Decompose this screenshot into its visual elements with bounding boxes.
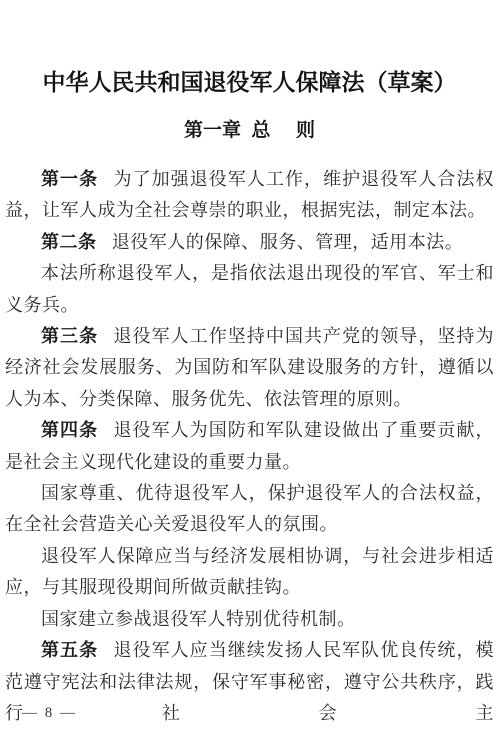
- article-paragraph: 国家建立参战退役军人特别优待机制。: [5, 604, 494, 635]
- document-body: 第一条为了加强退役军人工作，维护退役军人合法权益，让军人成为全社会尊崇的职业，根…: [0, 164, 499, 729]
- article-text: 国家建立参战退役军人特别优待机制。: [41, 609, 356, 629]
- article-text: 退役军人的保障、服务、管理，适用本法。: [112, 232, 464, 252]
- page-number: — 8 —: [22, 705, 77, 722]
- chapter-title-char-1: 总: [251, 120, 270, 141]
- chapter-number: 第一章: [184, 120, 241, 141]
- document-page: 中华人民共和国退役军人保障法（草案） 第一章总则 第一条为了加强退役军人工作，维…: [0, 0, 499, 738]
- article-paragraph: 第五条退役军人应当继续发扬人民军队优良传统，模范遵守宪法和法律法规，保守军事秘密…: [5, 635, 494, 729]
- article-number: 第五条: [41, 640, 98, 660]
- page-title: 中华人民共和国退役军人保障法（草案）: [0, 0, 499, 98]
- article-number: 第四条: [41, 420, 98, 440]
- article-paragraph: 第一条为了加强退役军人工作，维护退役军人合法权益，让军人成为全社会尊崇的职业，根…: [5, 164, 494, 227]
- chapter-heading: 第一章总则: [0, 120, 499, 142]
- article-text: 退役军人保障应当与经济发展相协调，与社会进步相适应，与其服现役期间所做贡献挂钩。: [5, 546, 494, 597]
- article-paragraph: 退役军人保障应当与经济发展相协调，与社会进步相适应，与其服现役期间所做贡献挂钩。: [5, 541, 494, 604]
- article-number: 第二条: [41, 232, 97, 252]
- article-number: 第一条: [41, 169, 98, 189]
- article-text: 国家尊重、优待退役军人，保护退役军人的合法权益，在全社会营造关心关爱退役军人的氛…: [5, 483, 494, 534]
- article-number: 第三条: [41, 326, 98, 346]
- article-paragraph: 国家尊重、优待退役军人，保护退役军人的合法权益，在全社会营造关心关爱退役军人的氛…: [5, 478, 494, 541]
- article-paragraph: 本法所称退役军人，是指依法退出现役的军官、军士和义务兵。: [5, 258, 494, 321]
- article-text: 本法所称退役军人，是指依法退出现役的军官、军士和义务兵。: [5, 263, 494, 314]
- chapter-title-char-2: 则: [296, 120, 315, 141]
- article-paragraph: 第二条退役军人的保障、服务、管理，适用本法。: [5, 227, 494, 258]
- article-paragraph: 第三条退役军人工作坚持中国共产党的领导，坚持为经济社会发展服务、为国防和军队建设…: [5, 321, 494, 415]
- article-paragraph: 第四条退役军人为国防和军队建设做出了重要贡献，是社会主义现代化建设的重要力量。: [5, 415, 494, 478]
